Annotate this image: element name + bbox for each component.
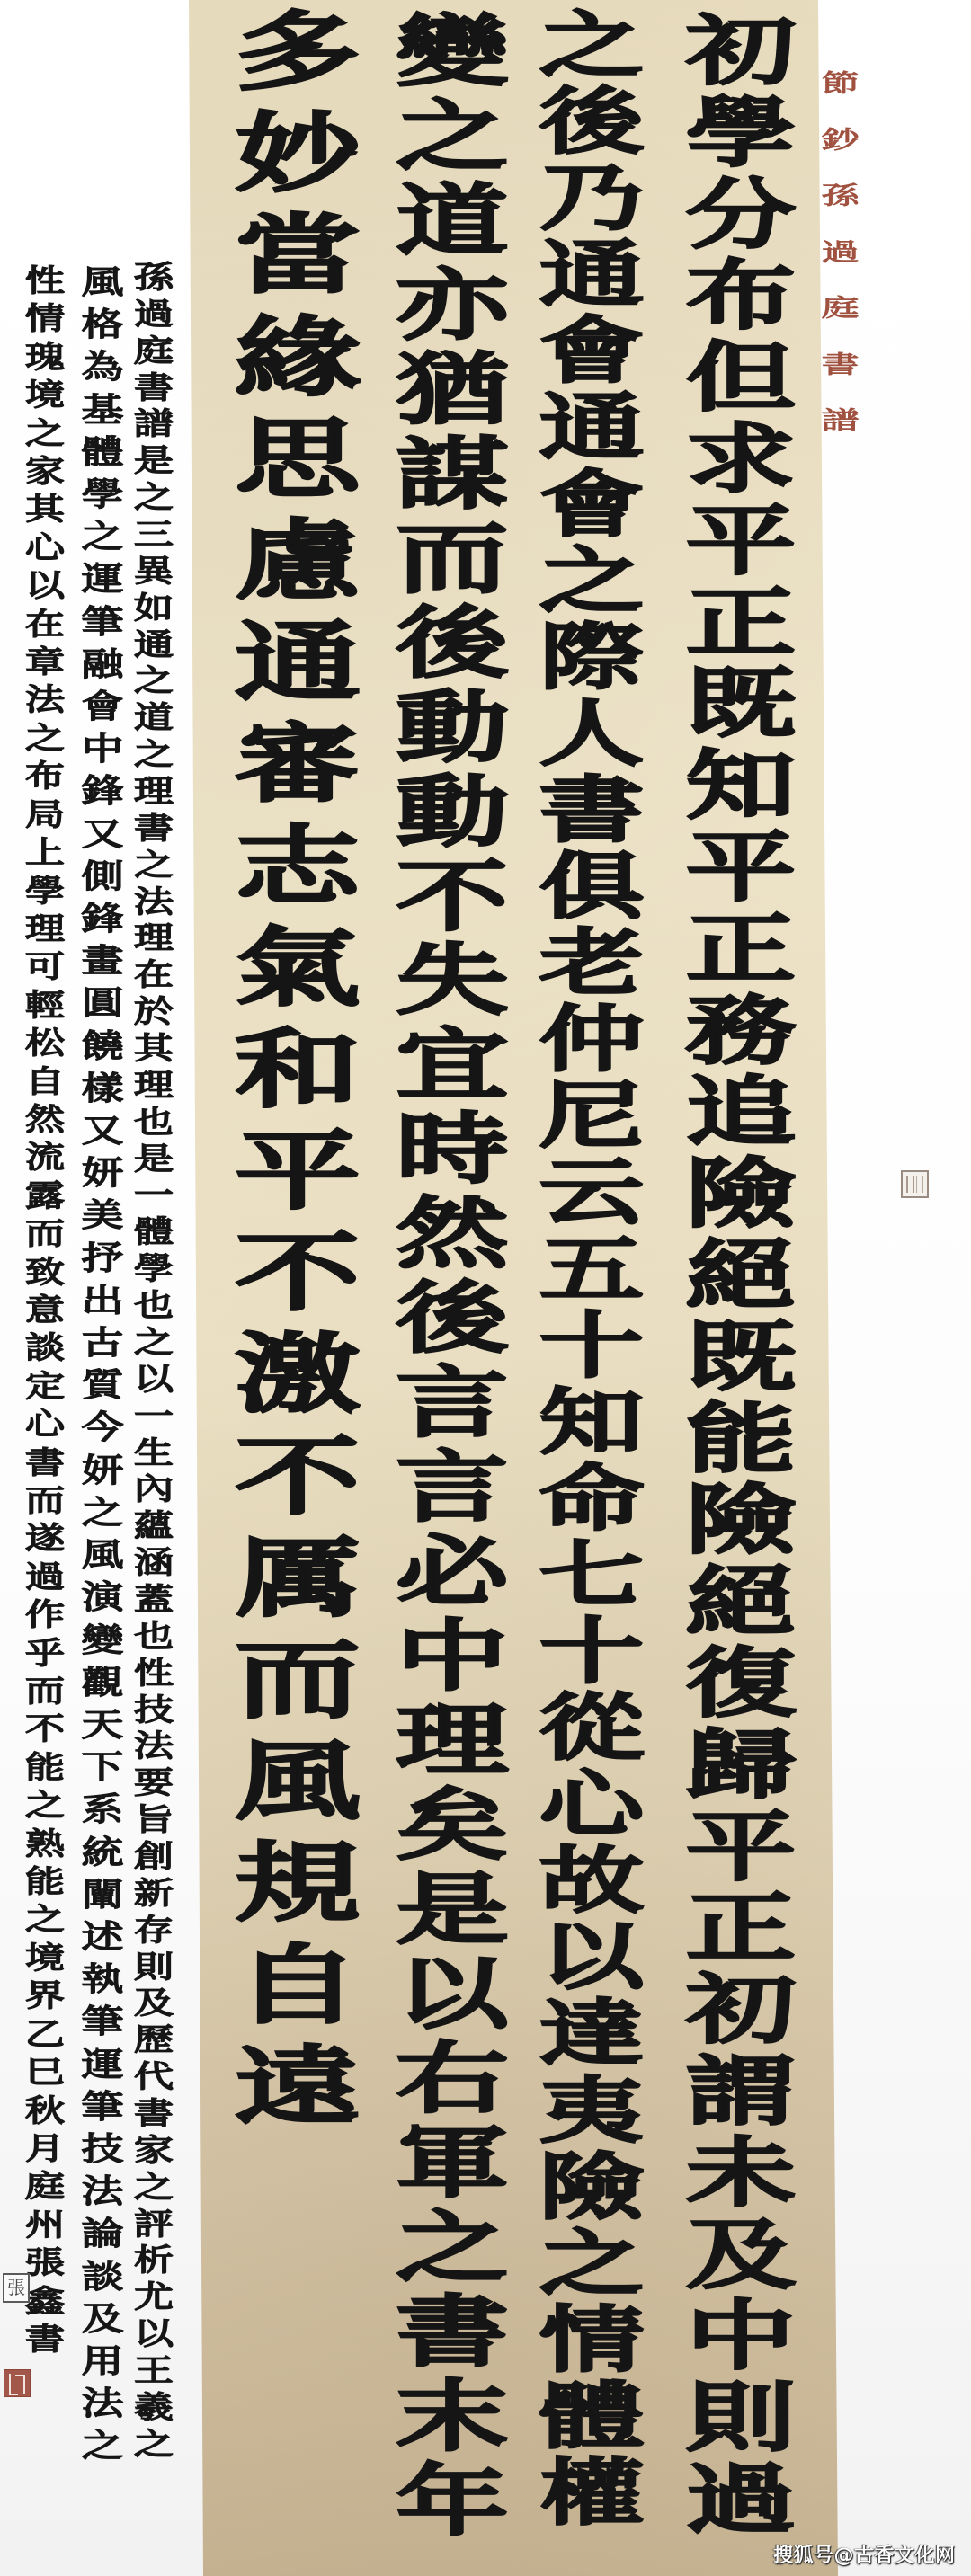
character: 代 — [134, 2062, 174, 2092]
character: 妍 — [82, 1454, 124, 1487]
character: 尤 — [134, 2282, 174, 2313]
character: 家 — [134, 2136, 174, 2166]
character: 新 — [134, 1879, 174, 1909]
character: 定 — [25, 1372, 65, 1402]
character: 理 — [25, 914, 65, 945]
character: 孫 — [134, 262, 174, 293]
character: 宜 — [396, 1026, 509, 1104]
character: 及 — [686, 2217, 796, 2293]
character: 體 — [82, 436, 124, 468]
character: 矣 — [396, 1787, 509, 1864]
character: 絕 — [686, 1564, 796, 1639]
character: 既 — [686, 1319, 796, 1395]
character: 緣 — [235, 315, 360, 401]
character: 過 — [134, 299, 174, 330]
character: 而 — [235, 1637, 360, 1723]
character: 歸 — [686, 1728, 796, 1803]
character: 之 — [25, 1905, 65, 1935]
character: 當 — [235, 212, 360, 298]
character: 書 — [25, 1448, 65, 1479]
character: 但 — [686, 340, 796, 415]
main-text-column-2: 之後乃通會通會之際人書俱老仲尼云五十知命七十從心故以達夷險之情體權 — [524, 9, 659, 2528]
character: 動 — [396, 689, 509, 767]
character: 其 — [134, 1034, 174, 1064]
character: 熟 — [25, 1829, 65, 1860]
character: 險 — [686, 1482, 796, 1558]
character: 輕 — [25, 990, 65, 1021]
character: 之 — [82, 1497, 124, 1529]
character: 遂 — [25, 1523, 65, 1554]
character: 動 — [396, 774, 509, 851]
character: 之 — [25, 1790, 65, 1821]
character: 故 — [539, 1844, 644, 1916]
character: 之 — [82, 2429, 124, 2462]
character: 節 — [821, 72, 859, 96]
character: 務 — [686, 993, 796, 1069]
character: 之 — [134, 2429, 174, 2460]
character: 思 — [235, 416, 360, 502]
character: 鋒 — [82, 775, 124, 807]
character: 平 — [686, 1809, 796, 1885]
red-seal-stamp — [4, 2369, 31, 2397]
character: 不 — [25, 1714, 65, 1745]
character: 書 — [134, 373, 174, 404]
character: 王 — [134, 2356, 174, 2386]
character: 鋒 — [82, 902, 124, 935]
character: 之 — [134, 850, 174, 881]
watermark-text: 搜狐号@古香文化网 — [773, 2540, 956, 2568]
character: 理 — [396, 1702, 509, 1780]
character: 言 — [396, 1449, 509, 1526]
character: 鑫 — [25, 2287, 65, 2317]
character: 性 — [25, 266, 65, 297]
character: 軍 — [396, 2125, 509, 2202]
character: 自 — [25, 1067, 65, 1097]
character: 險 — [539, 2151, 644, 2223]
character: 松 — [25, 1028, 65, 1059]
colophon-column-2: 風格為基體學之運筆融會中鋒又側鋒畫圓饒樣又妍美抒出古質今妍之風演變觀天下系統闡述… — [76, 266, 129, 2463]
character: 必 — [396, 1533, 509, 1611]
character: 法 — [82, 2175, 124, 2207]
character: 今 — [82, 1411, 124, 1443]
character: 之 — [134, 1328, 174, 1358]
character: 學 — [82, 478, 124, 511]
character: 道 — [396, 182, 509, 260]
character: 以 — [134, 2319, 174, 2349]
name-seal-stamp: 張 — [3, 2273, 30, 2303]
character: 涵 — [134, 1548, 174, 1578]
character: 不 — [235, 1230, 360, 1316]
character: 絕 — [686, 1238, 796, 1313]
character: 以 — [396, 1956, 509, 2033]
character: 譜 — [821, 409, 859, 433]
character: 統 — [82, 1836, 124, 1869]
character: 情 — [25, 304, 65, 334]
character: 之 — [25, 724, 65, 754]
character: 命 — [539, 1462, 644, 1534]
character: 觀 — [82, 1666, 124, 1699]
character: 評 — [134, 2209, 174, 2240]
character: 激 — [235, 1331, 360, 1417]
character: 際 — [539, 621, 644, 693]
character: 道 — [134, 703, 174, 733]
character: 然 — [396, 1195, 509, 1273]
character: 乙 — [25, 2020, 65, 2050]
character: 異 — [134, 556, 174, 587]
character: 法 — [25, 685, 65, 715]
character: 下 — [82, 1751, 124, 1783]
character: 談 — [82, 2261, 124, 2293]
character: 和 — [235, 1026, 360, 1113]
character: 言 — [396, 1364, 509, 1442]
character: 乎 — [25, 1639, 65, 1669]
character: 為 — [82, 351, 124, 383]
character: 會 — [539, 315, 644, 386]
character: 七 — [539, 1539, 644, 1611]
character: 是 — [134, 1144, 174, 1175]
character: 通 — [134, 630, 174, 661]
character: 險 — [686, 1156, 796, 1231]
character: 心 — [25, 1409, 65, 1440]
character: 多 — [235, 9, 360, 95]
character: 不 — [235, 1434, 360, 1520]
character: 風 — [235, 1738, 360, 1825]
character: 生 — [134, 1438, 174, 1469]
character: 中 — [82, 733, 124, 765]
character: 書 — [134, 813, 174, 844]
character: 變 — [396, 13, 509, 91]
character: 法 — [82, 2387, 124, 2420]
character: 之 — [539, 545, 644, 617]
character: 亦 — [396, 267, 509, 344]
character: 也 — [134, 1107, 174, 1138]
character: 之 — [82, 520, 124, 553]
character: 之 — [134, 666, 174, 697]
character: 要 — [134, 1768, 174, 1799]
character: 三 — [134, 520, 174, 550]
character: 後 — [396, 605, 509, 682]
seal-stamp-right — [901, 1170, 929, 1198]
character: 會 — [82, 690, 124, 723]
character: 天 — [82, 1709, 124, 1741]
character: 既 — [686, 666, 796, 742]
colophon-column-1: 孫過庭書譜是之三異如通之道之理書之法理在於其理也是一體學也之以一生內蘊涵蓋也性技… — [127, 262, 181, 2460]
character: 境 — [25, 1943, 65, 1974]
character: 秋 — [25, 2096, 65, 2127]
character: 如 — [134, 593, 174, 624]
character: 以 — [134, 1364, 174, 1395]
character: 末 — [396, 2378, 509, 2456]
character: 鈔 — [821, 129, 859, 153]
character: 巳 — [25, 2057, 65, 2088]
character: 過 — [25, 1562, 65, 1593]
character: 一 — [134, 1401, 174, 1432]
character: 猶 — [396, 351, 509, 429]
character: 之 — [396, 2209, 509, 2287]
character: 又 — [82, 818, 124, 850]
character: 風 — [82, 1539, 124, 1571]
character: 法 — [134, 1731, 174, 1762]
character: 中 — [396, 1618, 509, 1695]
character: 變 — [82, 1624, 124, 1657]
character: 厲 — [235, 1535, 360, 1621]
character: 會 — [539, 468, 644, 540]
character: 側 — [82, 860, 124, 893]
character: 知 — [686, 748, 796, 823]
character: 而 — [396, 520, 509, 598]
character: 年 — [396, 2463, 509, 2540]
character: 之 — [396, 98, 509, 175]
character: 章 — [25, 647, 65, 678]
character: 歷 — [134, 2025, 174, 2056]
character: 學 — [134, 1254, 174, 1284]
character: 法 — [134, 887, 174, 918]
character: 而 — [25, 1219, 65, 1249]
character: 庭 — [134, 336, 174, 367]
character: 正 — [686, 585, 796, 661]
character: 張 — [25, 2248, 65, 2278]
character: 筆 — [82, 606, 124, 638]
character: 技 — [134, 1695, 174, 1726]
character: 權 — [539, 2456, 644, 2528]
character: 後 — [539, 85, 644, 157]
character: 謂 — [686, 2054, 796, 2129]
character: 之 — [134, 740, 174, 770]
character: 心 — [25, 533, 65, 564]
character: 之 — [134, 2172, 174, 2203]
character: 其 — [25, 494, 65, 525]
character: 則 — [134, 1952, 174, 1983]
character: 時 — [396, 1111, 509, 1188]
character: 論 — [82, 2217, 124, 2250]
character: 筆 — [82, 2091, 124, 2123]
character: 心 — [539, 1768, 644, 1840]
character: 之 — [539, 2227, 644, 2299]
character: 謀 — [396, 436, 509, 513]
character: 創 — [134, 1842, 174, 1872]
character: 以 — [25, 571, 65, 601]
character: 追 — [686, 1074, 796, 1150]
character: 旨 — [134, 1805, 174, 1835]
character: 風 — [82, 266, 124, 298]
character: 右 — [396, 2040, 509, 2118]
character: 基 — [82, 394, 124, 426]
character: 運 — [82, 563, 124, 595]
character: 能 — [686, 1401, 796, 1477]
character: 運 — [82, 2048, 124, 2081]
character: 則 — [686, 2380, 796, 2456]
character: 達 — [539, 1997, 644, 2069]
character: 平 — [686, 830, 796, 905]
character: 審 — [235, 721, 360, 807]
character: 質 — [82, 1369, 124, 1401]
character: 後 — [396, 1280, 509, 1357]
character: 露 — [25, 1181, 65, 1212]
character: 作 — [25, 1600, 65, 1630]
character: 是 — [396, 1871, 509, 1949]
character: 庭 — [821, 297, 859, 321]
character: 而 — [25, 1486, 65, 1516]
character: 學 — [686, 95, 796, 171]
character: 筆 — [82, 2005, 124, 2038]
character: 庭 — [25, 2172, 65, 2202]
character: 不 — [396, 858, 509, 936]
character: 抒 — [82, 1242, 124, 1275]
character: 布 — [686, 258, 796, 333]
character: 析 — [134, 2245, 174, 2276]
character: 又 — [82, 1115, 124, 1147]
character: 圓 — [82, 987, 124, 1019]
character: 情 — [539, 2304, 644, 2376]
character: 書 — [134, 2099, 174, 2129]
character: 局 — [25, 800, 65, 831]
character: 是 — [134, 446, 174, 476]
title-label: 節鈔孫過庭書譜 — [817, 72, 862, 433]
character: 之 — [134, 483, 174, 513]
character: 系 — [82, 1793, 124, 1825]
character: 及 — [134, 1988, 174, 2019]
character: 中 — [686, 2298, 796, 2374]
character: 述 — [82, 1921, 124, 1953]
character: 自 — [235, 1942, 360, 2029]
character: 體 — [134, 1217, 174, 1248]
character: 知 — [539, 1386, 644, 1458]
character: 妙 — [235, 111, 360, 197]
character: 月 — [25, 2134, 65, 2164]
character: 畫 — [82, 945, 124, 977]
character: 仲 — [539, 1003, 644, 1075]
character: 十 — [539, 1615, 644, 1687]
character: 用 — [82, 2345, 124, 2377]
character: 正 — [686, 911, 796, 987]
character: 州 — [25, 2210, 65, 2241]
character: 能 — [25, 1867, 65, 1897]
character: 理 — [134, 777, 174, 807]
character: 通 — [539, 238, 644, 310]
character: 俱 — [539, 850, 644, 922]
character: 內 — [134, 1474, 174, 1505]
character: 書 — [539, 774, 644, 846]
character: 及 — [82, 2303, 124, 2335]
character: 過 — [821, 241, 859, 265]
character: 能 — [25, 1753, 65, 1783]
character: 志 — [235, 823, 360, 910]
character: 意 — [25, 1295, 65, 1326]
character: 未 — [686, 2136, 796, 2211]
character: 存 — [134, 1915, 174, 1946]
character: 以 — [539, 1921, 644, 1993]
character: 氣 — [235, 925, 360, 1011]
character: 蓋 — [134, 1585, 174, 1615]
character: 在 — [134, 960, 174, 990]
character: 在 — [25, 609, 65, 640]
character: 通 — [539, 391, 644, 463]
character: 老 — [539, 927, 644, 999]
character: 也 — [134, 1291, 174, 1321]
character: 過 — [686, 2462, 796, 2537]
character: 可 — [25, 952, 65, 982]
character: 規 — [235, 1840, 360, 1926]
character: 乃 — [539, 162, 644, 234]
character: 失 — [396, 942, 509, 1019]
character: 界 — [25, 1981, 65, 2012]
character: 之 — [539, 9, 644, 81]
character: 羲 — [134, 2393, 174, 2423]
character: 夷 — [539, 2074, 644, 2146]
character: 境 — [25, 380, 65, 411]
character: 布 — [25, 761, 65, 792]
main-text-column-4: 多妙當緣思慮通審志氣和平不激不厲而風規自遠 — [230, 9, 365, 2130]
character: 五 — [539, 1233, 644, 1305]
character: 體 — [539, 2380, 644, 2452]
character: 家 — [25, 457, 65, 487]
character: 平 — [686, 503, 796, 579]
character: 於 — [134, 997, 174, 1027]
character: 慮 — [235, 518, 360, 604]
character: 理 — [134, 923, 174, 954]
character: 而 — [25, 1676, 65, 1707]
character: 正 — [686, 1890, 796, 1966]
character: 上 — [25, 838, 65, 868]
character: 云 — [539, 1156, 644, 1228]
character: 理 — [134, 1070, 174, 1101]
character: 尼 — [539, 1079, 644, 1151]
character: 致 — [25, 1257, 65, 1288]
main-text-column-3: 變之道亦猶謀而後動動不失宜時然後言言必中理矣是以右軍之書末年 — [385, 13, 520, 2540]
character: 求 — [686, 422, 796, 497]
character: 流 — [25, 1142, 65, 1173]
character: 然 — [25, 1105, 65, 1135]
character: 性 — [134, 1658, 174, 1689]
character: 蘊 — [134, 1511, 174, 1541]
character: 初 — [686, 13, 796, 89]
character: 格 — [82, 308, 124, 341]
character: 古 — [82, 1327, 124, 1359]
character: 孫 — [821, 184, 859, 209]
character: 通 — [235, 619, 360, 706]
character: 學 — [25, 876, 65, 907]
character: 瑰 — [25, 342, 65, 373]
character: 之 — [25, 419, 65, 449]
character: 平 — [235, 1128, 360, 1214]
character: 闡 — [82, 1879, 124, 1911]
character: 出 — [82, 1284, 124, 1317]
character: 執 — [82, 1963, 124, 1995]
main-text-column-1: 初學分布但求平正既知平正務追險絕既能險絕復歸平正初謂未及中則過 — [673, 13, 808, 2537]
character: 書 — [25, 2324, 65, 2355]
character: 妍 — [82, 1157, 124, 1189]
character: 人 — [539, 697, 644, 769]
colophon-column-3: 性情瑰境之家其心以在章法之布局上學理可輕松自然流露而致意談定心書而遂過作乎而不能… — [18, 266, 72, 2355]
character: 樣 — [82, 1072, 124, 1105]
character: 演 — [82, 1581, 124, 1613]
character: 遠 — [235, 2044, 360, 2130]
character: 饒 — [82, 1030, 124, 1062]
character: 從 — [539, 1692, 644, 1763]
character: 分 — [686, 177, 796, 253]
character: 一 — [134, 1180, 174, 1211]
character: 十 — [539, 1310, 644, 1381]
character: 書 — [396, 2294, 509, 2371]
character: 技 — [82, 2133, 124, 2165]
character: 談 — [25, 1333, 65, 1364]
character: 初 — [686, 1972, 796, 2047]
character: 書 — [821, 353, 859, 378]
character: 譜 — [134, 409, 174, 440]
character: 融 — [82, 648, 124, 680]
character: 也 — [134, 1621, 174, 1652]
character: 復 — [686, 1646, 796, 1721]
